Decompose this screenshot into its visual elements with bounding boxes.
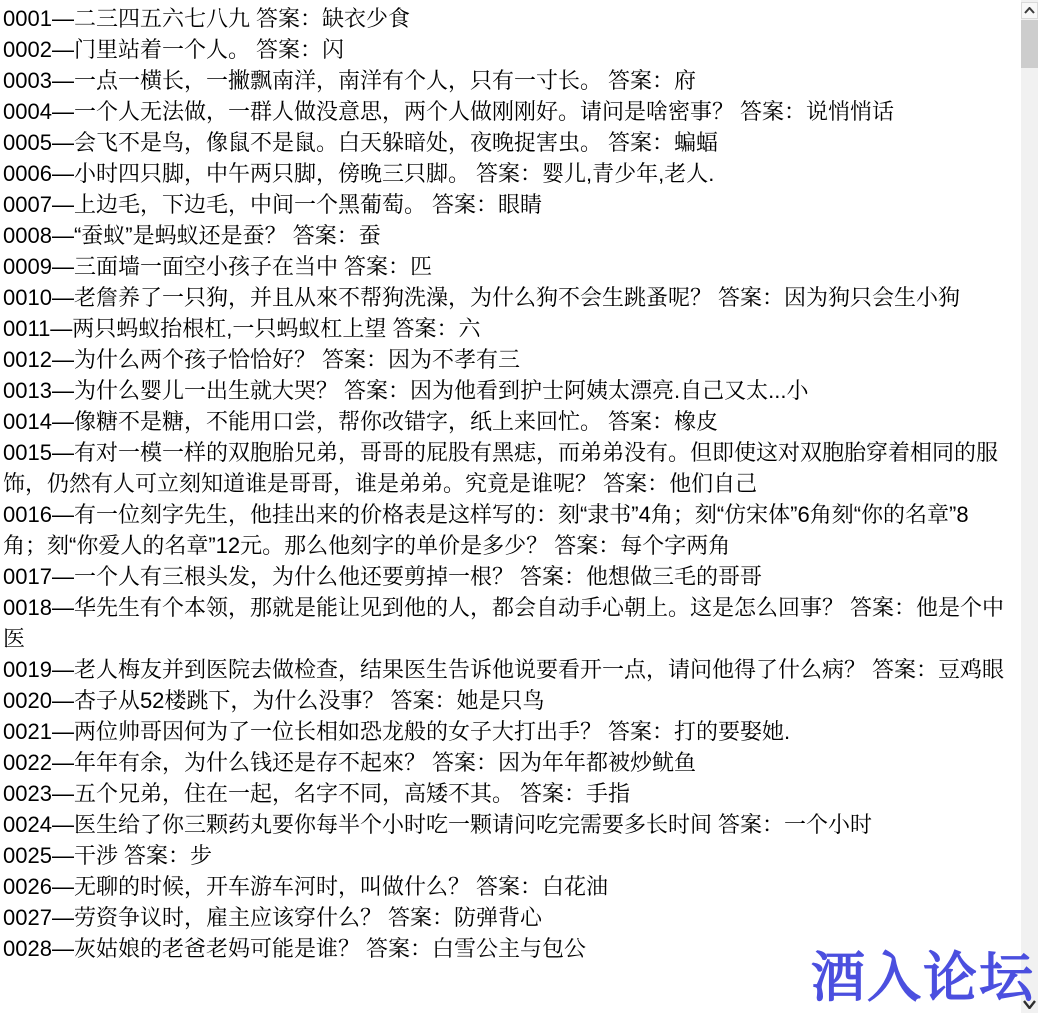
riddle-line: 0005—会飞不是鸟，像鼠不是鼠。白天躲暗处，夜晚捉害虫。 答案：蝙蝠 — [3, 127, 1012, 158]
riddle-line: 0004—一个人无法做，一群人做没意思，两个人做刚刚好。请问是啥密事？ 答案：说… — [3, 96, 1012, 127]
riddle-line: 0012—为什么两个孩子恰恰好？ 答案：因为不孝有三 — [3, 344, 1012, 375]
riddle-line: 0008—“蚕蚁”是蚂蚁还是蚕？ 答案：蚕 — [3, 220, 1012, 251]
riddle-line: 0009—三面墙一面空小孩子在当中 答案：匹 — [3, 251, 1012, 282]
riddle-line: 0014—像糖不是糖，不能用口尝，帮你改错字，纸上来回忙。 答案：橡皮 — [3, 406, 1012, 437]
riddle-line: 0003—一点一横长，一撇飘南洋，南洋有个人，只有一寸长。 答案：府 — [3, 65, 1012, 96]
scrollbar-down-button[interactable] — [1021, 996, 1038, 1013]
riddle-line: 0018—华先生有个本领，那就是能让见到他的人，都会自动手心朝上。这是怎么回事？… — [3, 592, 1012, 654]
riddle-line: 0027—劳资争议时，雇主应该穿什么？ 答案：防弹背心 — [3, 902, 1012, 933]
chevron-down-icon — [1023, 1000, 1036, 1009]
riddle-line: 0026—无聊的时候，开车游车河时，叫做什么？ 答案：白花油 — [3, 871, 1012, 902]
riddle-line: 0022—年年有余，为什么钱还是存不起來？ 答案：因为年年都被炒鱿鱼 — [3, 747, 1012, 778]
riddle-line: 0023—五个兄弟，住在一起，名字不同，高矮不其。 答案：手指 — [3, 778, 1012, 809]
riddle-line: 0020—杏子从52楼跳下，为什么没事？ 答案：她是只鸟 — [3, 685, 1012, 716]
riddle-line: 0011—两只蚂蚁抬根杠,一只蚂蚁杠上望 答案：六 — [3, 313, 1012, 344]
riddle-line: 0025—干涉 答案：步 — [3, 840, 1012, 871]
watermark: 酒入论坛 — [811, 951, 1035, 1005]
scrollbar-up-button[interactable] — [1021, 2, 1038, 19]
scrollbar-thumb[interactable] — [1021, 20, 1038, 68]
riddle-line: 0010—老詹养了一只狗，并且从來不帮狗洗澡，为什么狗不会生跳蚤呢？ 答案：因为… — [3, 282, 1012, 313]
riddle-line: 0021—两位帅哥因何为了一位长相如恐龙般的女子大打出手？ 答案：打的要娶她. — [3, 716, 1012, 747]
riddle-list: 0001—二三四五六七八九 答案：缺衣少食 0002—门里站着一个人。 答案：闪… — [0, 0, 1024, 964]
chevron-up-icon — [1024, 7, 1035, 14]
riddle-line: 0007—上边毛，下边毛，中间一个黑葡萄。 答案：眼睛 — [3, 189, 1012, 220]
scrollbar[interactable] — [1021, 0, 1038, 1013]
document-page: 0001—二三四五六七八九 答案：缺衣少食 0002—门里站着一个人。 答案：闪… — [0, 0, 1041, 1013]
riddle-line: 0006—小时四只脚，中午两只脚，傍晚三只脚。 答案：婴儿,青少年,老人. — [3, 158, 1012, 189]
riddle-line: 0017—一个人有三根头发，为什么他还要剪掉一根？ 答案：他想做三毛的哥哥 — [3, 561, 1012, 592]
riddle-line: 0019—老人梅友并到医院去做检查，结果医生告诉他说要看开一点，请问他得了什么病… — [3, 654, 1012, 685]
riddle-line: 0013—为什么婴儿一出生就大哭？ 答案：因为他看到护士阿姨太漂亮.自己又太..… — [3, 375, 1012, 406]
riddle-line: 0016—有一位刻字先生，他挂出来的价格表是这样写的：刻“隶书”4角；刻“仿宋体… — [3, 499, 1012, 561]
riddle-line: 0001—二三四五六七八九 答案：缺衣少食 — [3, 3, 1012, 34]
riddle-line: 0002—门里站着一个人。 答案：闪 — [3, 34, 1012, 65]
riddle-line: 0015—有对一模一样的双胞胎兄弟，哥哥的屁股有黑痣，而弟弟没有。但即使这对双胞… — [3, 437, 1012, 499]
riddle-line: 0024—医生给了你三颗药丸要你每半个小时吃一颗请问吃完需要多长时间 答案：一个… — [3, 809, 1012, 840]
